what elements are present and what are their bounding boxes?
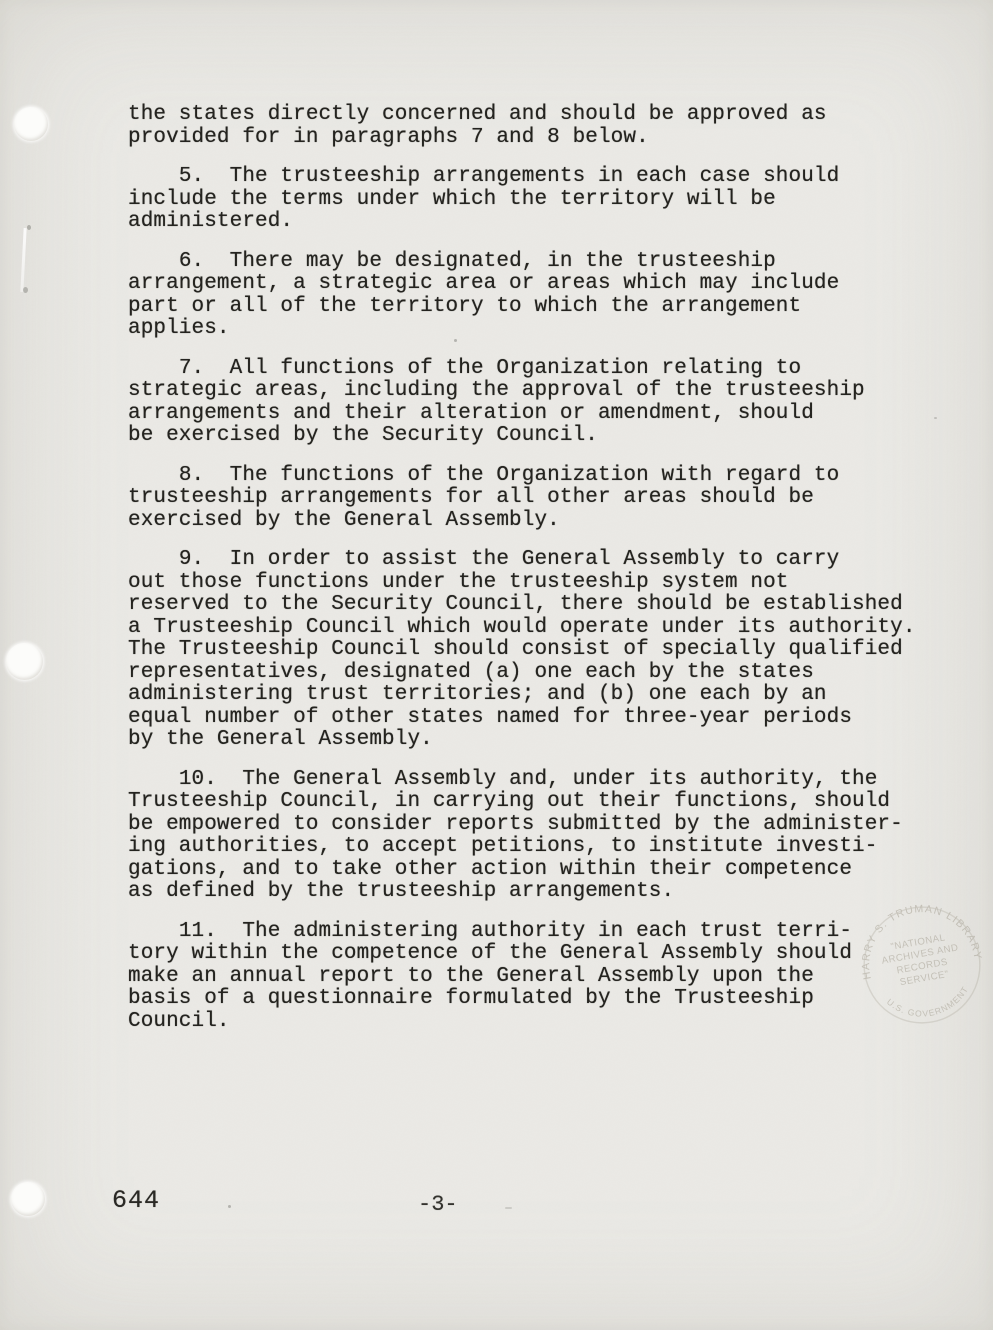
ink-speck — [228, 1205, 231, 1208]
document-number: 644 — [112, 1186, 160, 1215]
paper-scratch — [20, 228, 26, 292]
page-number: -3- — [418, 1192, 458, 1217]
paragraph-5: 5. The trusteeship arrangements in each … — [128, 166, 968, 234]
punch-hole-middle — [6, 643, 43, 680]
paragraph-9: 9. In order to assist the General Assemb… — [128, 549, 968, 752]
paragraph-11: 11. The administering authority in each … — [128, 921, 968, 1034]
paragraph-8: 8. The functions of the Organization wit… — [128, 465, 968, 533]
paragraph-7: 7. All functions of the Organization rel… — [128, 358, 968, 448]
paragraph-continuation: the states directly concerned and should… — [128, 104, 968, 149]
ink-speck — [23, 287, 28, 293]
ink-speck — [505, 1207, 512, 1209]
ink-speck — [27, 225, 31, 230]
document-text: the states directly concerned and should… — [128, 104, 968, 1050]
document-page: the states directly concerned and should… — [0, 0, 993, 1330]
punch-hole-bottom — [11, 1182, 45, 1216]
paragraph-6: 6. There may be designated, in the trust… — [128, 251, 968, 341]
punch-hole-top — [14, 107, 48, 141]
paragraph-10: 10. The General Assembly and, under its … — [128, 769, 968, 904]
